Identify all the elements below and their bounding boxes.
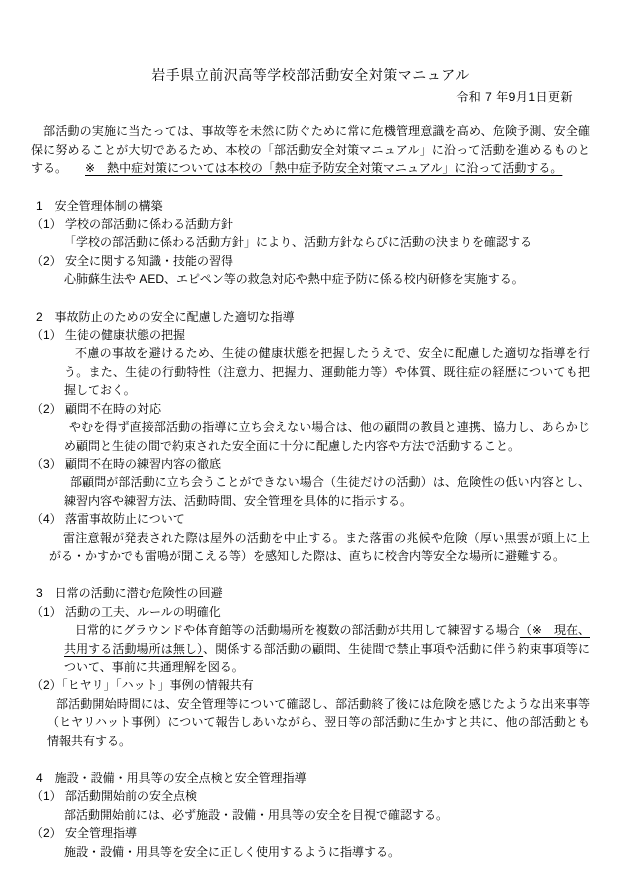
- section-4-item-1: （1） 部活動開始前の安全点検 部活動開始前には、必ず施設・設備・用具等の安全を…: [31, 787, 590, 824]
- intro-paragraph: 部活動の実施に当たっては、事故等を未然に防ぐために常に危機管理意識を高め、危険予…: [31, 122, 590, 177]
- section-1-item-1: （1） 学校の部活動に係わる活動方針 「学校の部活動に係わる活動方針」により、活…: [31, 215, 590, 252]
- section-1-item-2: （2） 安全に関する知識・技能の習得 心肺蘇生法や AED、エピペン等の救急対応…: [31, 252, 590, 289]
- section-2-item-4-label: （4） 落雷事故防止について: [31, 510, 590, 528]
- section-2-item-3-body: 部顧問が部活動に立ち会うことができない場合（生徒だけの活動）は、危険性の低い内容…: [64, 473, 590, 510]
- section-3-item-1-body: 日常的にグラウンドや体育館等の活動場所を複数の部活動が共用して練習する場合（※ …: [64, 621, 590, 676]
- section-accident-prevention-guidance: 2 事故防止のための安全に配慮した適切な指導 （1） 生徒の健康状態の把握 不慮…: [31, 308, 590, 566]
- section-2-item-3-label: （3） 顧問不在時の練習内容の徹底: [31, 455, 590, 473]
- section-3-item-2: （2）「ヒヤリ」「ハット」事例の情報共有 部活動開始時間には、安全管理等について…: [31, 676, 590, 750]
- section-2-heading: 2 事故防止のための安全に配慮した適切な指導: [31, 308, 590, 326]
- section-1-item-1-body: 「学校の部活動に係わる活動方針」により、活動方針ならびに活動の決まりを確認する: [64, 233, 590, 251]
- section-3-item-1-body-pre: 日常的にグラウンドや体育館等の活動場所を複数の部活動が共用して練習する場合: [75, 623, 520, 637]
- updated-date: 令和 7 年9月1日更新: [31, 88, 590, 106]
- document-title: 岩手県立前沢高等学校部活動安全対策マニュアル: [31, 66, 590, 85]
- section-2-item-1-body: 不慮の事故を避けるため、生徒の健康状態を把握したうえで、安全に配慮した適切な指導…: [64, 344, 590, 399]
- section-1-heading: 1 安全管理体制の構築: [31, 197, 590, 215]
- section-4-item-1-body: 部活動開始前には、必ず施設・設備・用具等の安全を目視で確認する。: [64, 806, 590, 824]
- section-facility-equipment-safety-check: 4 施設・設備・用具等の安全点検と安全管理指導 （1） 部活動開始前の安全点検 …: [31, 769, 590, 861]
- section-2-item-4: （4） 落雷事故防止について 雷注意報が発表された際は屋外の活動を中止する。また…: [31, 510, 590, 565]
- section-1-item-2-body: 心肺蘇生法や AED、エピペン等の救急対応や熱中症予防に係る校内研修を実施する。: [64, 270, 590, 288]
- section-4-item-1-label: （1） 部活動開始前の安全点検: [31, 787, 590, 805]
- document-page: 岩手県立前沢高等学校部活動安全対策マニュアル 令和 7 年9月1日更新 部活動の…: [0, 0, 620, 877]
- section-2-item-4-body: 雷注意報が発表された際は屋外の活動を中止する。また落雷の兆候や危険（厚い黒雲が頭…: [49, 529, 590, 566]
- section-2-item-1: （1） 生徒の健康状態の把握 不慮の事故を避けるため、生徒の健康状態を把握したう…: [31, 326, 590, 400]
- section-3-item-1: （1） 活動の工夫、ルールの明確化 日常的にグラウンドや体育館等の活動場所を複数…: [31, 603, 590, 677]
- section-2-item-2: （2） 顧問不在時の対応 やむを得ず直接部活動の指導に立ち会えない場合は、他の顧…: [31, 400, 590, 455]
- section-4-item-2: （2） 安全管理指導 施設・設備・用具等を安全に正しく使用するように指導する。: [31, 824, 590, 861]
- section-2-item-2-body: やむを得ず直接部活動の指導に立ち会えない場合は、他の顧問の教員と連携、協力し、あ…: [64, 418, 590, 455]
- section-3-heading: 3 日常の活動に潜む危険性の回避: [31, 584, 590, 602]
- section-3-item-2-body: 部活動開始時間には、安全管理等について確認し、部活動終了後には危険を感じたような…: [47, 695, 590, 750]
- section-3-item-2-label: （2）「ヒヤリ」「ハット」事例の情報共有: [31, 676, 590, 694]
- section-2-item-2-label: （2） 顧問不在時の対応: [31, 400, 590, 418]
- section-1-item-2-label: （2） 安全に関する知識・技能の習得: [31, 252, 590, 270]
- section-daily-activity-risk-avoidance: 3 日常の活動に潜む危険性の回避 （1） 活動の工夫、ルールの明確化 日常的にグ…: [31, 584, 590, 750]
- section-safety-management-structure: 1 安全管理体制の構築 （1） 学校の部活動に係わる活動方針 「学校の部活動に係…: [31, 197, 590, 289]
- section-4-item-2-body: 施設・設備・用具等を安全に正しく使用するように指導する。: [64, 843, 590, 861]
- section-3-item-1-label: （1） 活動の工夫、ルールの明確化: [31, 603, 590, 621]
- section-4-item-2-label: （2） 安全管理指導: [31, 824, 590, 842]
- intro-heatstroke-note-underlined: ※ 熱中症対策については本校の「熱中症予防安全対策マニュアル」に沿って活動する。: [85, 161, 562, 175]
- section-1-item-1-label: （1） 学校の部活動に係わる活動方針: [31, 215, 590, 233]
- section-4-heading: 4 施設・設備・用具等の安全点検と安全管理指導: [31, 769, 590, 787]
- section-2-item-3: （3） 顧問不在時の練習内容の徹底 部顧問が部活動に立ち会うことができない場合（…: [31, 455, 590, 510]
- section-2-item-1-label: （1） 生徒の健康状態の把握: [31, 326, 590, 344]
